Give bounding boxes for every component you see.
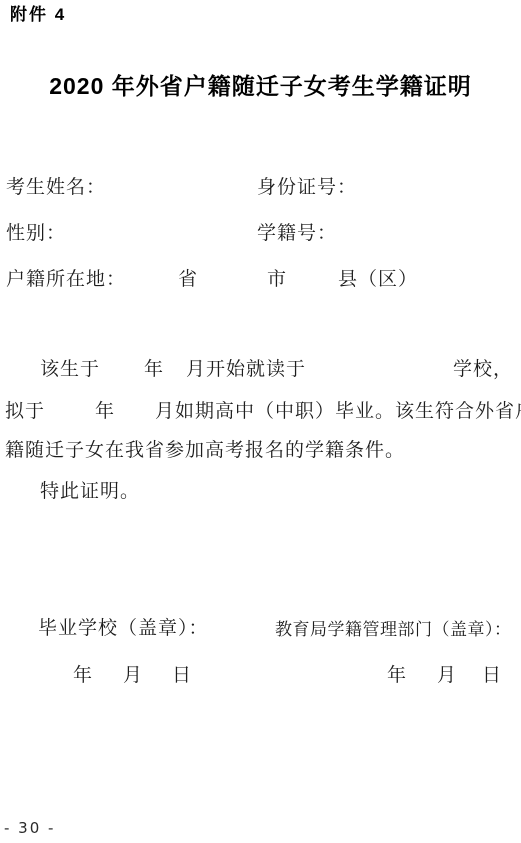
attachment-label: 附件 4 — [10, 6, 66, 25]
body-line1-mid: 月开始就读于 — [186, 360, 306, 381]
document-title: 2020 年外省户籍随迁子女考生学籍证明 — [0, 74, 521, 99]
school-seal-label: 毕业学校（盖章）： — [38, 619, 209, 640]
candidate-name-label: 考生姓名： — [6, 178, 106, 199]
province-suffix: 省 — [178, 270, 198, 291]
body-line2-year: 年 — [95, 402, 115, 423]
bureau-seal-label: 教育局学籍管理部门（盖章）： — [275, 621, 512, 640]
bureau-date-year: 年 — [387, 666, 407, 687]
body-line1-school-suffix: 学校， — [453, 360, 513, 381]
bureau-date-month: 月 — [437, 666, 457, 687]
school-date-day: 日 — [172, 666, 192, 687]
body-line1-lead: 该生于 — [40, 360, 100, 381]
residence-label: 户籍所在地： — [6, 270, 126, 291]
gender-label: 性别： — [6, 224, 66, 245]
county-suffix: 县（区） — [338, 270, 418, 291]
school-date-year: 年 — [73, 666, 93, 687]
body-line1-year: 年 — [144, 360, 164, 381]
page-number: - 30 - — [4, 820, 55, 837]
student-id-label: 学籍号： — [257, 224, 337, 245]
closing-statement: 特此证明。 — [40, 482, 140, 503]
id-number-label: 身份证号： — [257, 178, 357, 199]
bureau-date-day: 日 — [482, 666, 502, 687]
body-line3: 籍随迁子女在我省参加高考报名的学籍条件。 — [5, 441, 405, 462]
document-page: 附件 4 2020 年外省户籍随迁子女考生学籍证明 考生姓名： 身份证号： 性别… — [0, 0, 521, 843]
body-line2-rest: 月如期高中（中职）毕业。该生符合外省户 — [155, 402, 521, 423]
school-date-month: 月 — [123, 666, 143, 687]
body-line2-lead: 拟于 — [5, 402, 45, 423]
city-suffix: 市 — [267, 270, 287, 291]
